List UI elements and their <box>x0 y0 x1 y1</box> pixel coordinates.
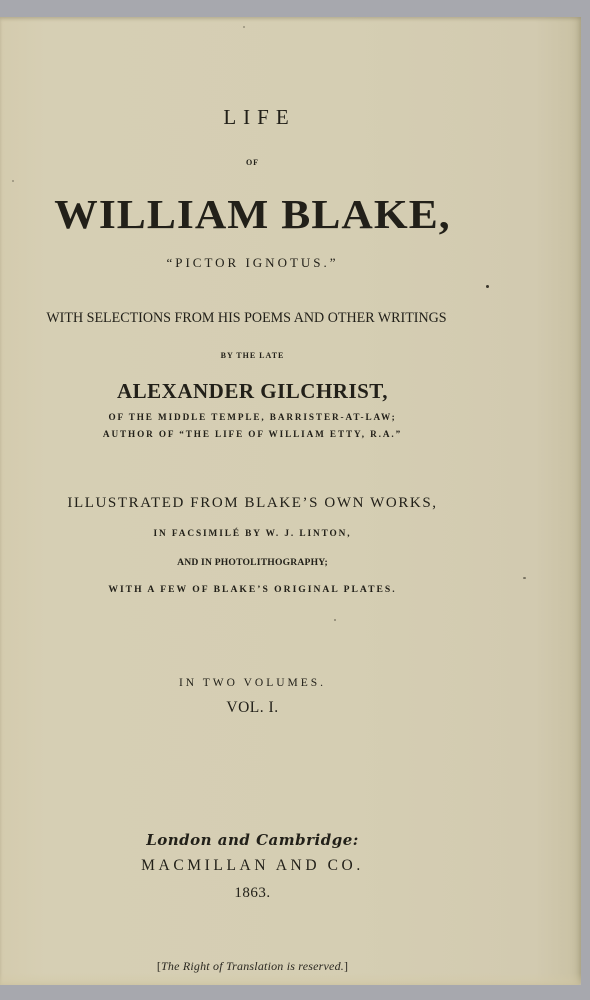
subtitle-selections: WITH SELECTIONS FROM HIS POEMS AND OTHER… <box>2 310 492 327</box>
rights-close-bracket: ] <box>344 959 348 973</box>
author-credential-barrister: OF THE MIDDLE TEMPLE, BARRISTER-AT-LAW; <box>0 412 505 422</box>
author-name: ALEXANDER GILCHRIST, <box>0 379 505 404</box>
illustrated-heading: ILLUSTRATED FROM BLAKE’S OWN WORKS, <box>0 495 505 512</box>
illustration-plates: WITH A FEW OF BLAKE’S ORIGINAL PLATES. <box>0 584 505 595</box>
rights-text: The Right of Translation is reserved. <box>161 959 344 973</box>
rights-notice: [The Right of Translation is reserved.] <box>0 959 505 974</box>
illustration-photolithography: AND IN PHOTOLITHOGRAPHY; <box>0 557 505 568</box>
paper-speck <box>523 577 526 579</box>
title-of: OF <box>0 158 505 167</box>
by-the-late-label: BY THE LATE <box>0 351 505 360</box>
author-credential-etty: AUTHOR OF “THE LIFE OF WILLIAM ETTY, R.A… <box>0 429 505 439</box>
paper-speck <box>334 619 336 621</box>
illustration-facsimile: IN FACSIMILÉ BY W. J. LINTON, <box>0 529 505 539</box>
paper-speck <box>12 180 14 182</box>
title-epithet: “PICTOR IGNOTUS.” <box>0 255 505 271</box>
paper-speck <box>486 285 489 288</box>
book-title-page: LIFE OF WILLIAM BLAKE, “PICTOR IGNOTUS.”… <box>0 17 581 985</box>
title-life: LIFE <box>0 105 512 130</box>
imprint-publisher: MACMILLAN AND CO. <box>0 857 505 875</box>
title-subject: WILLIAM BLAKE, <box>0 190 520 238</box>
imprint-place: London and Cambridge: <box>0 831 505 849</box>
paper-speck <box>243 26 245 28</box>
imprint-year: 1863. <box>0 885 505 902</box>
volumes-note: IN TWO VOLUMES. <box>0 677 505 689</box>
volume-number: VOL. I. <box>0 699 505 717</box>
